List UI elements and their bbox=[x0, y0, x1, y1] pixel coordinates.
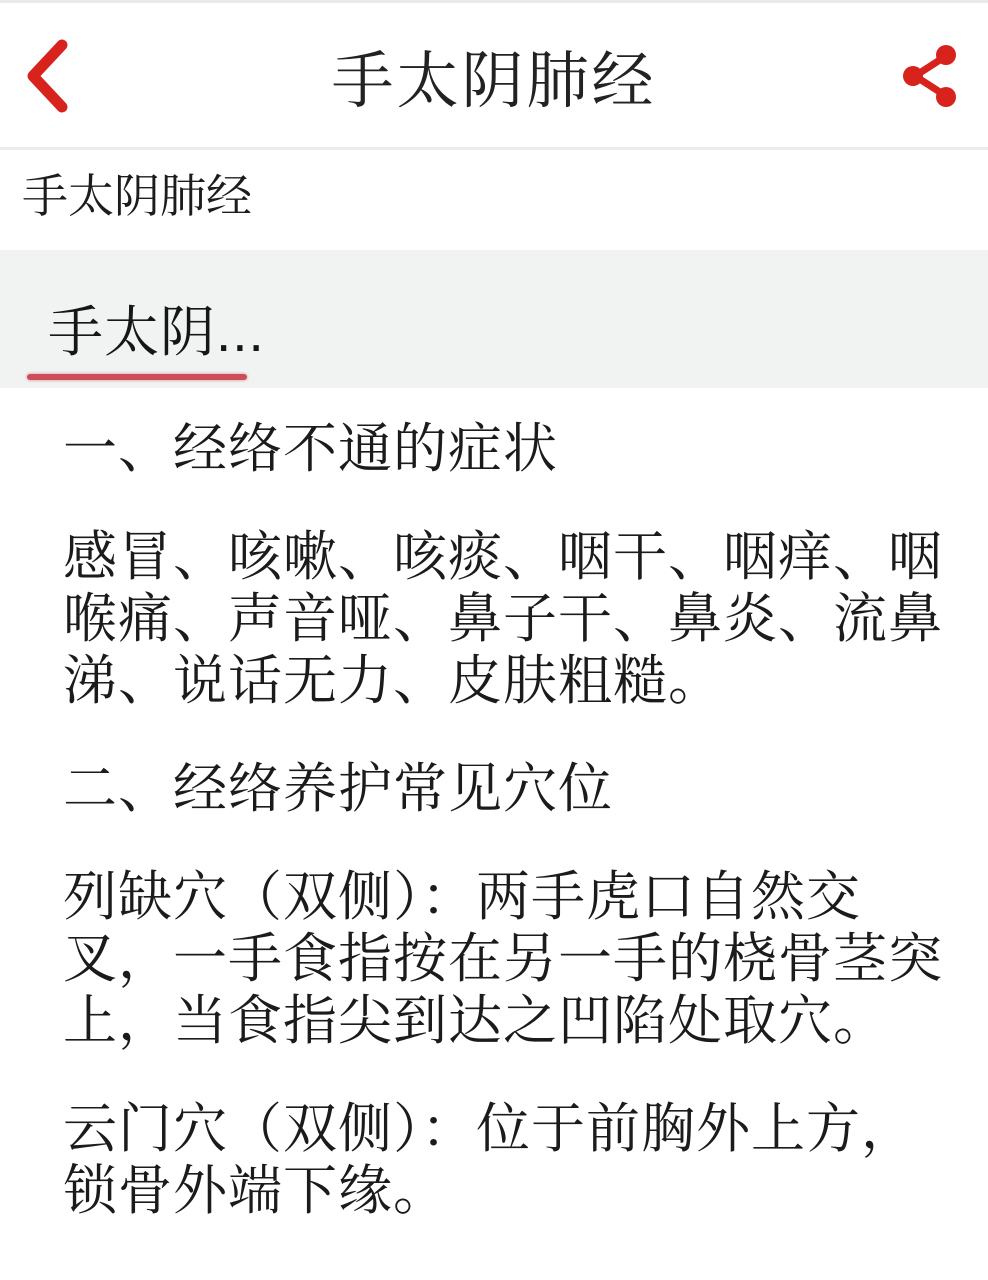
tab-active-shoutaiyin[interactable]: 手太阴... bbox=[48, 288, 265, 367]
chevron-left-icon bbox=[24, 38, 70, 117]
text-line: 叉，一手食指按在另一手的桡骨茎突 bbox=[63, 928, 930, 990]
paragraph-symptoms: 感冒、咳嗽、咳痰、咽干、咽痒、咽 喉痛、声音哑、鼻子干、鼻炎、流鼻 涕、说话无力… bbox=[63, 526, 930, 712]
text-line: 涕、说话无力、皮肤粗糙。 bbox=[63, 650, 930, 712]
back-button[interactable] bbox=[22, 39, 72, 115]
share-icon bbox=[901, 44, 959, 111]
active-tab-underline bbox=[27, 374, 247, 380]
subtitle-row: 手太阴肺经 bbox=[0, 150, 988, 250]
text-line: 锁骨外端下缘。 bbox=[63, 1160, 930, 1222]
text-line: 上，当食指尖到达之凹陷处取穴。 bbox=[63, 990, 930, 1052]
section-heading-symptoms: 一、经络不通的症状 bbox=[63, 418, 930, 480]
header-bar: 手太阴肺经 bbox=[0, 3, 988, 150]
paragraph-lieque-acupoint: 列缺穴（双侧）：两手虎口自然交 叉，一手食指按在另一手的桡骨茎突 上，当食指尖到… bbox=[63, 866, 930, 1052]
tab-bar: 手太阴... bbox=[0, 250, 988, 388]
paragraph-yunmen-acupoint: 云门穴（双侧）：位于前胸外上方， 锁骨外端下缘。 bbox=[63, 1098, 930, 1222]
page-title: 手太阴肺经 bbox=[331, 31, 656, 120]
text-line: 列缺穴（双侧）：两手虎口自然交 bbox=[63, 866, 930, 928]
text-line: 喉痛、声音哑、鼻子干、鼻炎、流鼻 bbox=[63, 588, 930, 650]
share-button[interactable] bbox=[900, 43, 960, 111]
meridian-subtitle: 手太阴肺经 bbox=[0, 150, 988, 226]
section-heading-acupoints: 二、经络养护常见穴位 bbox=[63, 758, 930, 820]
article-content: 一、经络不通的症状 感冒、咳嗽、咳痰、咽干、咽痒、咽 喉痛、声音哑、鼻子干、鼻炎… bbox=[0, 388, 988, 1222]
text-line: 感冒、咳嗽、咳痰、咽干、咽痒、咽 bbox=[63, 526, 930, 588]
text-line: 云门穴（双侧）：位于前胸外上方， bbox=[63, 1098, 930, 1160]
